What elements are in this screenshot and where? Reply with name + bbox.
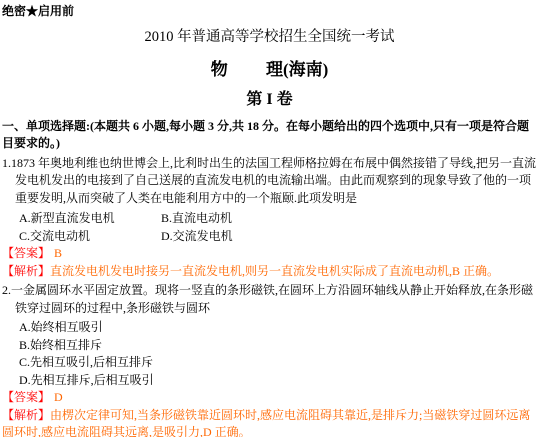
question-1-option-c: C.交流电动机 (19, 228, 161, 246)
question-2-option-a: A.始终相互吸引 (19, 319, 537, 337)
security-classification: 绝密★启用前 (2, 3, 537, 21)
question-1-option-b: B.直流电动机 (161, 210, 537, 228)
question-1-analysis-text: 直流发电机发电时接另一直流发电机,则另一直流发电机实际成了直流电动机,B 正确。 (50, 264, 499, 278)
question-2-answer-value: D (54, 390, 63, 404)
question-1-options: A.新型直流发电机 B.直流电动机 C.交流电动机 D.交流发电机 (2, 210, 537, 245)
exam-title: 2010 年普通高等学校招生全国统一考试 (2, 28, 537, 46)
question-1-option-a: A.新型直流发电机 (19, 210, 161, 228)
analysis-label: 【解析】 (2, 408, 50, 422)
question-1-analysis-line: 【解析】直流发电机发电时接另一直流发电机,则另一直流发电机实际成了直流电动机,B… (2, 263, 537, 281)
question-2-stem: 2.一金属圆环水平固定放置。现将一竖直的条形磁铁,在圆环上方沿圆环轴线从静止开始… (2, 282, 537, 317)
section-heading: 一、单项选择题:(本题共 6 小题,每小题 3 分,共 18 分。在每小题给出的… (2, 118, 537, 153)
question-1-answer-line: 【答案】B (2, 245, 537, 263)
question-2-options: A.始终相互吸引 B.始终相互排斥 C.先相互吸引,后相互排斥 D.先相互排斥,… (2, 319, 537, 389)
question-2-option-d: D.先相互排斥,后相互吸引 (19, 372, 537, 390)
analysis-label: 【解析】 (2, 264, 50, 278)
question-2: 2.一金属圆环水平固定放置。现将一竖直的条形磁铁,在圆环上方沿圆环轴线从静止开始… (2, 282, 537, 437)
question-2-analysis-line: 【解析】由楞次定律可知,当条形磁铁靠近圆环时,感应电流阻碍其靠近,是排斥力;当磁… (2, 407, 537, 437)
answer-label: 【答案】 (2, 390, 50, 404)
question-1-answer-value: B (54, 246, 62, 260)
question-2-answer-line: 【答案】D (2, 389, 537, 407)
exam-part-heading: 第 I 卷 (2, 90, 537, 110)
question-1-option-d: D.交流发电机 (161, 228, 537, 246)
question-1: 1.1873 年奥地利维也纳世博会上,比利时出生的法国工程师格拉姆在布展中偶然接… (2, 155, 537, 281)
answer-label: 【答案】 (2, 246, 50, 260)
question-2-option-b: B.始终相互排斥 (19, 337, 537, 355)
exam-document: 绝密★启用前 2010 年普通高等学校招生全国统一考试 物 理(海南) 第 I … (2, 3, 537, 437)
question-2-analysis-text: 由楞次定律可知,当条形磁铁靠近圆环时,感应电流阻碍其靠近,是排斥力;当磁铁穿过圆… (2, 408, 530, 437)
question-1-stem: 1.1873 年奥地利维也纳世博会上,比利时出生的法国工程师格拉姆在布展中偶然接… (2, 155, 537, 208)
question-2-option-c: C.先相互吸引,后相互排斥 (19, 354, 537, 372)
exam-subject: 物 理(海南) (2, 59, 537, 81)
